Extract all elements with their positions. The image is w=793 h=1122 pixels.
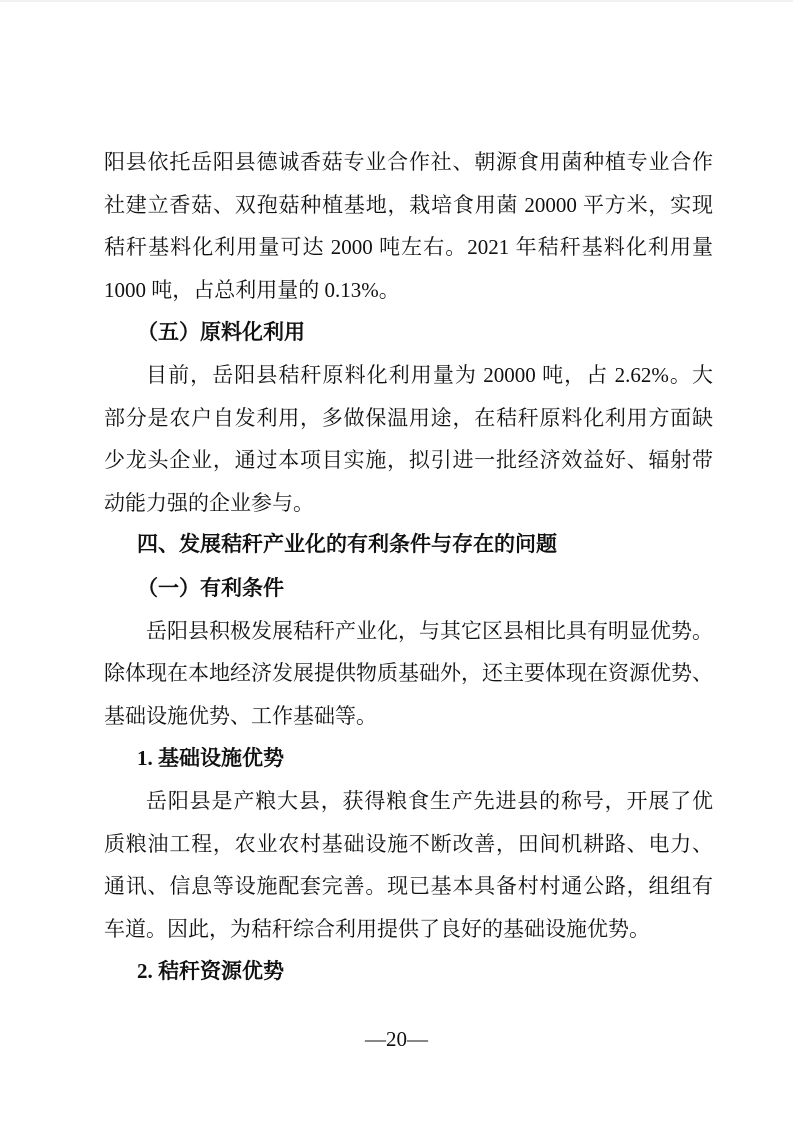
paragraph-basification-continued: 阳县依托岳阳县德诚香菇专业合作社、朝源食用菌种植专业合作 社建立香菇、双孢菇种植… [104, 141, 713, 311]
page-body: 阳县依托岳阳县德诚香菇专业合作社、朝源食用菌种植专业合作 社建立香菇、双孢菇种植… [104, 141, 713, 993]
text-line: 基础设施优势、工作基础等。 [104, 695, 713, 738]
text-line: 通讯、信息等设施配套完善。现已基本具备村村通公路，组组有 [104, 865, 713, 908]
page-number: —20— [0, 1027, 793, 1052]
text-line: 岳阳县积极发展秸秆产业化，与其它区县相比具有明显优势。 [104, 610, 713, 653]
text-line: 阳县依托岳阳县德诚香菇专业合作社、朝源食用菌种植专业合作 [104, 141, 713, 184]
text-line: 1000 吨，占总利用量的 0.13%。 [104, 269, 713, 312]
text-line: 除体现在本地经济发展提供物质基础外，还主要体现在资源优势、 [104, 652, 713, 695]
text-line: 质粮油工程，农业农村基础设施不断改善，田间机耕路、电力、 [104, 823, 713, 866]
paragraph-advantages-overview: 岳阳县积极发展秸秆产业化，与其它区县相比具有明显优势。 除体现在本地经济发展提供… [104, 610, 713, 738]
document-page: 阳县依托岳阳县德诚香菇专业合作社、朝源食用菌种植专业合作 社建立香菇、双孢菇种植… [0, 0, 793, 1122]
text-line: 部分是农户自发利用，多做保温用途，在秸秆原料化利用方面缺 [104, 397, 713, 440]
heading-raw-material-use: （五）原料化利用 [104, 311, 713, 354]
text-line: 目前，岳阳县秸秆原料化利用量为 20000 吨，占 2.62%。大 [104, 354, 713, 397]
heading-section-4-conditions-and-problems: 四、发展秸秆产业化的有利条件与存在的问题 [104, 524, 713, 567]
paragraph-raw-material-use: 目前，岳阳县秸秆原料化利用量为 20000 吨，占 2.62%。大 部分是农户自… [104, 354, 713, 524]
paragraph-infrastructure-advantage: 岳阳县是产粮大县，获得粮食生产先进县的称号，开展了优 质粮油工程，农业农村基础设… [104, 780, 713, 950]
text-line: 车道。因此，为秸秆综合利用提供了良好的基础设施优势。 [104, 908, 713, 951]
heading-infrastructure-advantage: 1. 基础设施优势 [104, 737, 713, 780]
scan-edge-artifact [0, 0, 793, 2]
text-line: 动能力强的企业参与。 [104, 482, 713, 525]
heading-straw-resource-advantage: 2. 秸秆资源优势 [104, 950, 713, 993]
heading-favorable-conditions: （一）有利条件 [104, 567, 713, 610]
text-line: 秸秆基料化利用量可达 2000 吨左右。2021 年秸秆基料化利用量 [104, 226, 713, 269]
text-line: 岳阳县是产粮大县，获得粮食生产先进县的称号，开展了优 [104, 780, 713, 823]
text-line: 少龙头企业，通过本项目实施，拟引进一批经济效益好、辐射带 [104, 439, 713, 482]
text-line: 社建立香菇、双孢菇种植基地，栽培食用菌 20000 平方米，实现 [104, 184, 713, 227]
